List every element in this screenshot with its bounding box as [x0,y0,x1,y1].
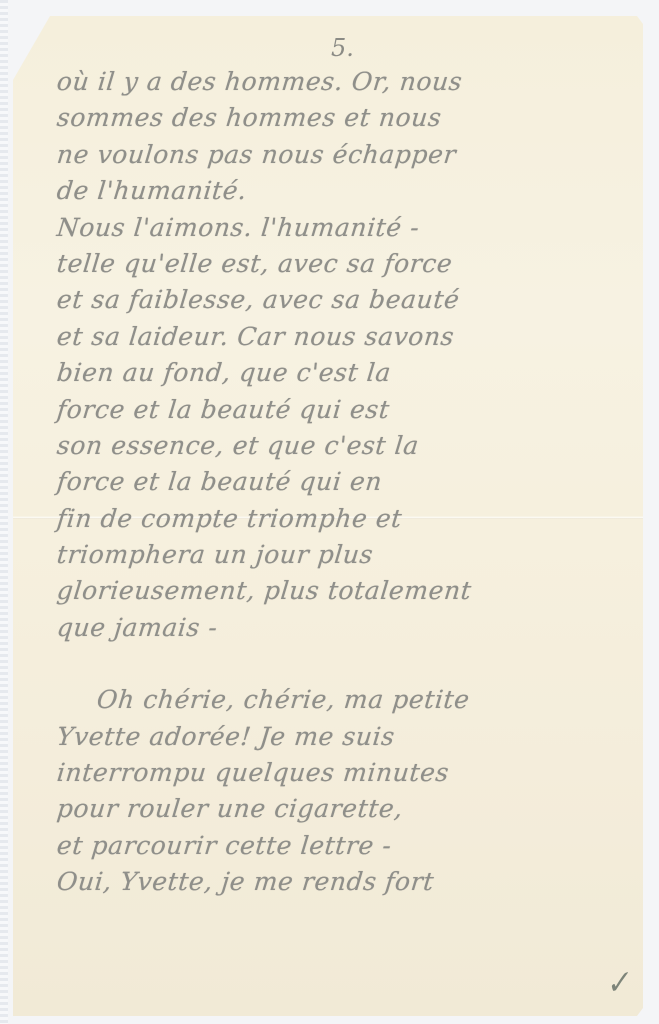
text-line: Oh chérie, chérie, ma petite [55,682,639,718]
margin-mark-icon: ✓ [602,964,633,1003]
text-line: bien au fond, que c'est la [55,355,639,391]
text-line: ne voulons pas nous échapper [55,137,639,173]
text-line: fin de compte triomphe et [55,501,639,537]
text-line: que jamais - [55,610,639,646]
text-line: force et la beauté qui en [55,464,639,500]
text-line: triomphera un jour plus [55,537,639,573]
text-line: Oui, Yvette, je me rends fort [55,864,639,900]
text-line: de l'humanité. [55,173,639,209]
text-line: Yvette adorée! Je me suis [55,719,639,755]
text-line: interrompu quelques minutes [55,755,639,791]
scanner-edge [0,0,8,1024]
text-line: et parcourir cette lettre - [55,828,639,864]
text-line: Nous l'aimons. l'humanité - [55,210,639,246]
text-line: et sa faiblesse, avec sa beauté [55,282,639,318]
text-line: glorieusement, plus totalement [55,573,639,609]
text-line: et sa laideur. Car nous savons [55,319,639,355]
text-line: telle qu'elle est, avec sa force [55,246,639,282]
letter-body: où il y a des hommes. Or, nous sommes de… [57,64,637,901]
text-line: pour rouler une cigarette, [55,791,639,827]
text-line: où il y a des hommes. Or, nous [55,64,639,100]
text-line: son essence, et que c'est la [55,428,639,464]
text-line: sommes des hommes et nous [55,100,639,136]
letter-page: 5. où il y a des hommes. Or, nous sommes… [13,16,643,1016]
page-number: 5. [331,34,354,62]
text-line: force et la beauté qui est [55,392,639,428]
